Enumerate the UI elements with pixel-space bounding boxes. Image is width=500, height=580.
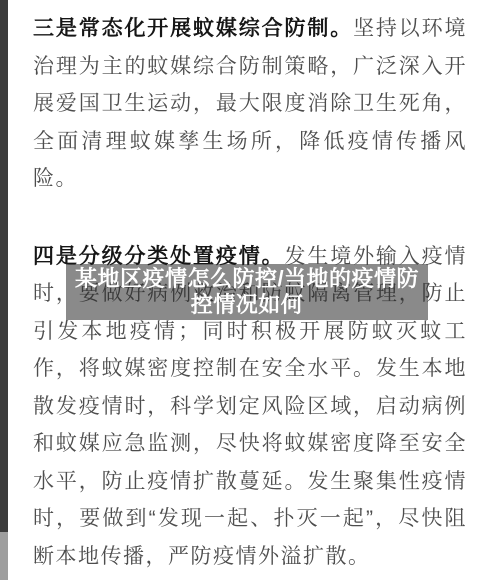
paragraph-text: 坚持以环境治理为主的蚊媒综合防制策略，广泛深入开展爱国卫生运动，最大限度消除卫生…: [33, 17, 467, 190]
paragraph-lead: 三是常态化开展蚊媒综合防制。: [33, 17, 353, 40]
watermark-overlay: 某地区疫情怎么防控/当地的疫情防控情况如何: [66, 264, 428, 320]
article-page: 三是常态化开展蚊媒综合防制。坚持以环境治理为主的蚊媒综合防制策略，广泛深入开展爱…: [0, 0, 500, 580]
watermark-text: 某地区疫情怎么防控/当地的疫情防控情况如何: [70, 266, 424, 318]
paragraph: 三是常态化开展蚊媒综合防制。坚持以环境治理为主的蚊媒综合防制策略，广泛深入开展爱…: [33, 10, 467, 198]
scrollbar-thumb[interactable]: [0, 532, 8, 580]
left-scrollbar-track[interactable]: [0, 0, 8, 580]
